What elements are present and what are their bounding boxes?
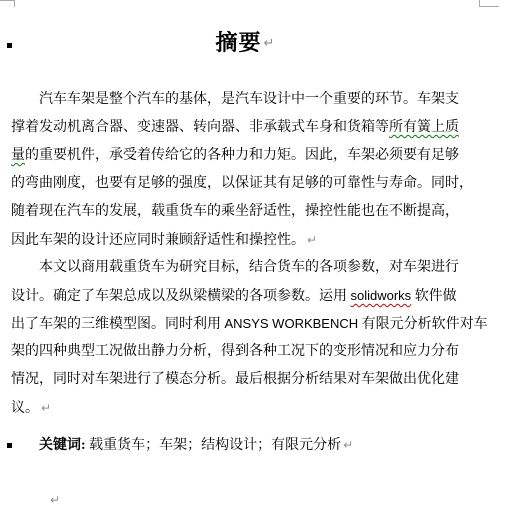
- text-segment: 撑着发动机离合器、变速器、转向器、非承载式车身和货箱等: [11, 120, 389, 135]
- text-segment: 的弯曲刚度，也要有足够的强度，以保证其有足够的可靠性与寿命。同时，: [11, 176, 473, 191]
- document-page: 摘要↵ 汽车车架是整个汽车的基体，是汽车设计中一个重要的环节。车架支撑着发动机离…: [0, 0, 528, 507]
- text-line: 汽车车架是整个汽车的基体，是汽车设计中一个重要的环节。车架支: [11, 86, 479, 114]
- text-line: 设计。确定了车架总成以及纵梁横梁的各项参数。运用 solidworks 软件做: [11, 282, 479, 310]
- text-segment: 的重要机件，承受着传给它的各种力和力矩。因此，车架必须要有足够: [25, 148, 459, 163]
- trailing-empty-paragraph: ↵: [11, 486, 479, 507]
- text-line: 因此车架的设计还应同时兼顾舒适性和操控性。↵: [11, 226, 479, 254]
- text-boundary-mark-top-left-icon: [0, 0, 15, 7]
- text-line: 的弯曲刚度，也要有足够的强度，以保证其有足够的可靠性与寿命。同时，: [11, 170, 479, 198]
- text-line: 本文以商用载重货车为研究目标，结合货车的各项参数，对车架进行: [11, 254, 479, 282]
- text-line: 量的重要机件，承受着传给它的各种力和力矩。因此，车架必须要有足够: [11, 142, 479, 170]
- text-line: 架的四种典型工况做出静力分析，得到各种工况下的变形情况和应力分布: [11, 338, 479, 366]
- text-segment: 随着现在汽车的发展，载重货车的乘坐舒适性，操控性能也在不断提高，: [11, 204, 459, 219]
- text-segment: ANSYS WORKBENCH: [225, 316, 359, 331]
- text-segment: 因此车架的设计还应同时兼顾舒适性和操控性。: [11, 233, 305, 248]
- text-segment: 载重货车；车架；结构设计；有限元分析: [86, 438, 342, 453]
- text-line: 出了车架的三维模型图。同时利用 ANSYS WORKBENCH 有限元分析软件对…: [11, 310, 479, 338]
- paragraph-mark-icon: ↵: [50, 493, 60, 507]
- document-title-row: 摘要↵: [11, 31, 479, 56]
- text-line: 关键词: 载重货车；车架；结构设计；有限元分析↵: [11, 431, 479, 459]
- abstract-paragraph-1: 汽车车架是整个汽车的基体，是汽车设计中一个重要的环节。车架支撑着发动机离合器、变…: [11, 86, 479, 254]
- paragraph-mark-icon: ↵: [264, 36, 275, 51]
- text-segment: 有限元分析软件对车: [358, 317, 488, 332]
- text-line: 随着现在汽车的发展，载重货车的乘坐舒适性，操控性能也在不断提高，: [11, 198, 479, 226]
- document-body: 汽车车架是整个汽车的基体，是汽车设计中一个重要的环节。车架支撑着发动机离合器、变…: [11, 86, 479, 507]
- text-line: 议。↵: [11, 394, 479, 422]
- text-segment: 关键词:: [39, 438, 86, 453]
- text-line: 情况，同时对车架进行了模态分析。最后根据分析结果对车架做出优化建: [11, 366, 479, 394]
- text-segment: 汽车车架是整个汽车的基体，是汽车设计中一个重要的环节。车架支: [39, 92, 459, 107]
- text-segment: 情况，同时对车架进行了模态分析。最后根据分析结果对车架做出优化建: [11, 372, 459, 387]
- text-line: 撑着发动机离合器、变速器、转向器、非承载式车身和货箱等所有簧上质: [11, 114, 479, 142]
- page-title: 摘要: [216, 30, 262, 55]
- text-segment: 所有簧上质: [389, 120, 459, 135]
- paragraph-mark-icon: ↵: [343, 438, 353, 452]
- abstract-paragraph-2: 本文以商用载重货车为研究目标，结合货车的各项参数，对车架进行设计。确定了车架总成…: [11, 254, 479, 422]
- paragraph-mark-icon: ↵: [307, 233, 317, 247]
- paragraph-mark-icon: ↵: [41, 401, 51, 415]
- text-line: ↵: [48, 486, 479, 507]
- text-segment: 量: [11, 148, 25, 163]
- text-segment: 架的四种典型工况做出静力分析，得到各种工况下的变形情况和应力分布: [11, 344, 459, 359]
- text-segment: 软件做: [411, 289, 457, 304]
- text-segment: 设计。确定了车架总成以及纵梁横梁的各项参数。运用: [11, 289, 351, 304]
- keywords-paragraph: 关键词: 载重货车；车架；结构设计；有限元分析↵: [11, 431, 479, 459]
- text-segment: solidworks: [351, 288, 412, 303]
- text-boundary-mark-top-right-icon: [479, 0, 499, 7]
- text-segment: 议。: [11, 401, 39, 416]
- text-segment: 出了车架的三维模型图。同时利用: [11, 317, 225, 332]
- text-segment: 本文以商用载重货车为研究目标，结合货车的各项参数，对车架进行: [39, 260, 459, 275]
